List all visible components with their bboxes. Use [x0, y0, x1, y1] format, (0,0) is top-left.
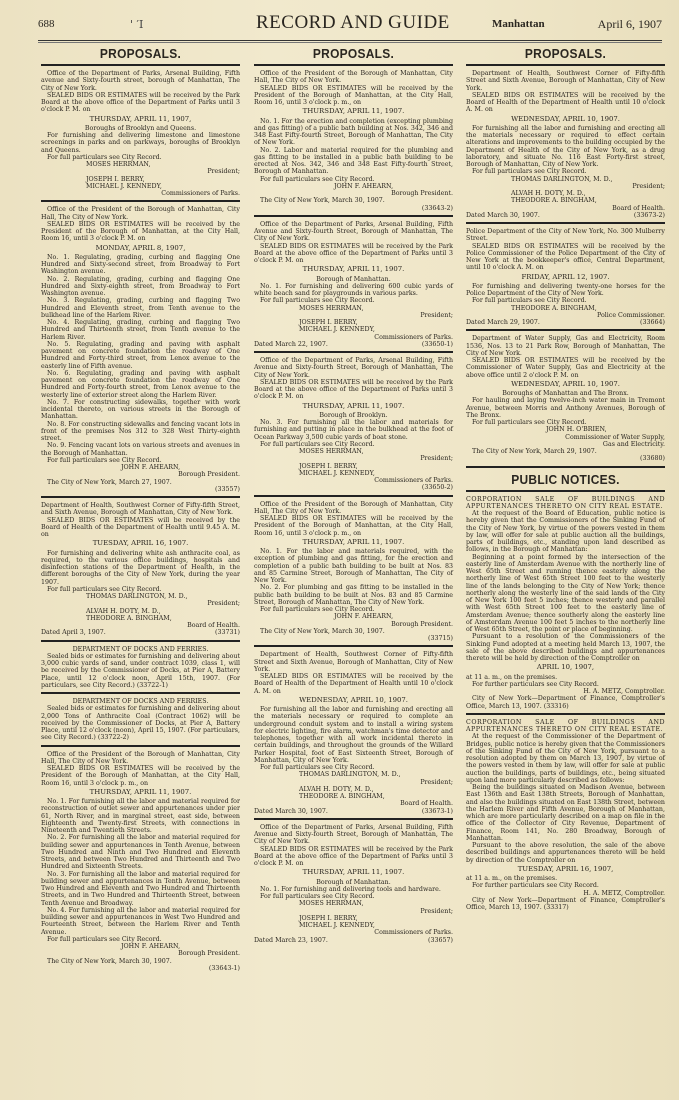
notice-line: SEALED BIDS OR ESTIMATES will be receive… [254, 846, 453, 868]
notice-line: Borough President. [254, 621, 453, 628]
notice-line: THURSDAY, APRIL 11, 1907. [254, 539, 453, 546]
notice-line: Dated March 30, 1907.(33673-1) [254, 808, 453, 815]
notice-line: Commissioner of Water Supply, [466, 434, 665, 441]
notice-line: For further particulars see City Record. [466, 882, 665, 889]
notice-line: JOSEPH I. BERRY, [254, 463, 453, 470]
notice-line: WEDNESDAY, APRIL 10, 1907. [466, 381, 665, 388]
notice-line: THOMAS DARLINGTON, M. D., [254, 771, 453, 778]
notice-line: The City of New York, March 27, 1907. [41, 479, 240, 486]
notice-line: Dated April 3, 1907.(33731) [41, 629, 240, 636]
column-1: PROPOSALS. Office of the Department of P… [41, 44, 240, 975]
notice-line: For full particulars see City Record. [254, 606, 453, 613]
section-heading-proposals: PROPOSALS. [474, 46, 657, 61]
notice-line: For furnishing and delivering white ash … [41, 550, 240, 586]
notice-line: THOMAS DARLINGTON, M. D., [41, 593, 240, 600]
notice-line: City of New York—Department of Finance, … [466, 695, 665, 710]
notice: Department of Health, Southwest Corner o… [466, 70, 665, 219]
notice-line: DEPARTMENT OF DOCKS AND FERRIES. [41, 698, 240, 705]
page-header: 688 ' ′I RECORD AND GUIDE Manhattan Apri… [38, 14, 662, 38]
notice-line: JOHN F. AHEARN, [254, 613, 453, 620]
notice-line: THURSDAY, APRIL 11, 1907. [41, 789, 240, 796]
publication-title: RECORD AND GUIDE [256, 12, 450, 34]
notice-list: Department of Health, Southwest Corner o… [466, 64, 665, 463]
notice-line: THURSDAY, APRIL 11, 1907. [254, 108, 453, 115]
notice-line: (33643-1) [41, 965, 240, 972]
notice: DEPARTMENT OF DOCKS AND FERRIES.Sealed b… [41, 646, 240, 690]
notice-line: For full particulars see City Record. [41, 586, 240, 593]
notice-line: No. 4. Regulating, grading, curbing and … [41, 319, 240, 341]
notice-line: For full particulars see City Record. [41, 154, 240, 161]
notice-line: (33680) [466, 455, 665, 462]
notice-line: MOSES HERRMAN, [254, 448, 453, 455]
notice-line: No. 2. For furnishing all the labor and … [41, 834, 240, 870]
notice-rule [41, 692, 240, 694]
margin-mark: ' ′I [130, 18, 143, 31]
notice-line: TUESDAY, APRIL 16, 1907, [466, 866, 665, 873]
notice-line: For furnishing all the labor and furnish… [254, 706, 453, 764]
notice-line: No. 1. For furnishing all the labor and … [41, 798, 240, 834]
notice-line: Office of the Department of Parks, Arsen… [254, 824, 453, 846]
notice-line: MICHAEL J. KENNEDY, [254, 470, 453, 477]
notice-line: For full particulars see City Record. [466, 419, 665, 426]
notice-line: at 11 a. m., on the premises. [466, 875, 665, 882]
notice-line: Department of Water Supply, Gas and Elec… [466, 335, 665, 357]
notice: Office of the Department of Parks, Arsen… [41, 70, 240, 197]
notice-line: (33557) [41, 486, 240, 493]
notice-line: Boroughs of Brooklyn and Queens. [41, 125, 240, 132]
notice-line: Board of Health. [254, 800, 453, 807]
notice-line: DEPARTMENT OF DOCKS AND FERRIES. [41, 646, 240, 653]
notice-line: No. 9. Fencing vacant lots on various st… [41, 442, 240, 457]
notice-line: The City of New York, March 30, 1907. [254, 628, 453, 635]
notice-line: THOMAS DARLINGTON, M. D., [466, 176, 665, 183]
notice-line: Office of the President of the Borough o… [41, 751, 240, 766]
notice-line: Commissioners of Parks. [254, 929, 453, 936]
notice-line: MICHAEL J. KENNEDY, [254, 922, 453, 929]
notice-line: No. 2. Labor and material required for t… [254, 147, 453, 176]
notice-line: Borough President. [41, 950, 240, 957]
notice: Office of the Department of Parks, Arsen… [254, 824, 453, 944]
notice-line: No. 8. For constructing sidewalks and fe… [41, 421, 240, 443]
newspaper-page: 688 ' ′I RECORD AND GUIDE Manhattan Apri… [0, 0, 679, 1100]
notice-line: No. 1. Regulating, grading, curbing and … [41, 254, 240, 276]
notice-line: For full particulars see City Record. [254, 893, 453, 900]
notice-line: Commissioners of Parks. [41, 190, 240, 197]
notice-line: Borough of Manhattan. [254, 879, 453, 886]
notice-rule [254, 645, 453, 647]
notice-line: THURSDAY, APRIL 11, 1907. [254, 403, 453, 410]
notice-line: Borough of Brooklyn. [254, 412, 453, 419]
notice-line: Dated March 22, 1907.(33650-1) [254, 341, 453, 348]
notice-line: At the request of the Commissioner of th… [466, 733, 665, 784]
notice-rule [466, 64, 665, 66]
notice-line: For furnishing all the labor and furnish… [466, 125, 665, 169]
notice-line: Pursuant to the above resolution, the sa… [466, 842, 665, 864]
notice: Police Department of the City of New Yor… [466, 228, 665, 326]
notice-line: WEDNESDAY, APRIL 10, 1907. [254, 697, 453, 704]
notice-line: No. 3. For furnishing all the labor and … [254, 419, 453, 441]
notice-line: No. 1. For furnishing and delivering 600… [254, 283, 453, 298]
notice-line: Boroughs of Manhattan and The Bronx. [466, 390, 665, 397]
notice-line: ALVAH H. DOTY, M. D., [41, 608, 240, 615]
notice-line: City of New York—Department of Finance, … [466, 897, 665, 912]
notice: Department of Health, Southwest Corner o… [41, 502, 240, 637]
notice-line: ALVAH H. DOTY, M. D., [254, 786, 453, 793]
notice-line: No. 1. For the labor and materials requi… [254, 548, 453, 584]
notice-rule [466, 222, 665, 224]
notice-line: THURSDAY, APRIL 11, 1907. [254, 266, 453, 273]
notice-line: SEALED BIDS OR ESTIMATES will be receive… [254, 515, 453, 537]
notice-line: APRIL 10, 1907, [466, 664, 665, 671]
notice-line: MOSES HERRMAN, [41, 161, 240, 168]
notice-rule [41, 745, 240, 747]
notice-rule [254, 215, 453, 217]
notice-line: SEALED BIDS OR ESTIMATES will be receive… [41, 765, 240, 787]
notice-line: JOSEPH I. BERRY, [254, 319, 453, 326]
notice: CORPORATION SALE OF BUILDINGS AND APPURT… [466, 719, 665, 912]
notice-line: No. 5. Regulating, grading and paving wi… [41, 341, 240, 370]
notice-line: SEALED BIDS OR ESTIMATES will be receive… [254, 243, 453, 265]
notice-line: SEALED BIDS OR ESTIMATES will be receive… [254, 673, 453, 695]
notice-line: SEALED BIDS OR ESTIMATES will be receive… [41, 221, 240, 243]
notice: Office of the Department of Parks, Arsen… [254, 221, 453, 348]
notice-line: H. A. METZ, Comptroller. [466, 688, 665, 695]
notice-line: Gas and Electricity. [466, 441, 665, 448]
notice-rule [466, 713, 665, 715]
notice-line: MONDAY, APRIL 8, 1907, [41, 245, 240, 252]
notice-rule [41, 200, 240, 202]
notice-line: President; [466, 183, 665, 190]
notice-line: MICHAEL J. KENNEDY, [254, 326, 453, 333]
notice-line: For full particulars see City Record. [254, 441, 453, 448]
notice: Office of the President of the Borough o… [41, 751, 240, 973]
notice-line: at 11 a. m., on the premises. [466, 674, 665, 681]
notice-line: Office of the President of the Borough o… [254, 70, 453, 85]
notice-line: For full particulars see City Record. [254, 176, 453, 183]
notice-line: Borough President. [254, 190, 453, 197]
notice-rule [41, 640, 240, 642]
notice-line: MOSES HERRMAN, [254, 900, 453, 907]
notice-line: President; [254, 779, 453, 786]
notice-line: Sealed bids or estimates for furnishing … [41, 705, 240, 741]
notice-line: THEODORE A. BINGHAM, [466, 305, 665, 312]
notice-line: Dated March 23, 1907.(33657) [254, 937, 453, 944]
notice-line: No. 6. Regulating, grading and paving wi… [41, 370, 240, 399]
notice-line: THURSDAY, APRIL 11, 1907. [254, 869, 453, 876]
notice-line: President; [41, 600, 240, 607]
notice-line: SEALED BIDS OR ESTIMATES will be receive… [41, 92, 240, 114]
notice-line: Police Department of the City of New Yor… [466, 228, 665, 243]
notice-line: TUESDAY, APRIL 16, 1907. [41, 540, 240, 547]
notice-line: MOSES HERRMAN, [254, 305, 453, 312]
notice-rule [254, 495, 453, 497]
notice-line: Pursuant to a resolution of the Commissi… [466, 633, 665, 662]
column-3: PROPOSALS. Department of Health, Southwe… [466, 44, 665, 914]
notice-line: Borough of Manhattan. [254, 276, 453, 283]
notice-line: Department of Health, Southwest Corner o… [254, 651, 453, 673]
notice-line: Being the buildings situated on Madison … [466, 784, 665, 842]
notice-line: The City of New York, March 29, 1907. [466, 448, 665, 455]
notice-line: Police Commissioner. [466, 312, 665, 319]
notice-line: Dated March 29, 1907.(33664) [466, 319, 665, 326]
notice-line: The City of New York, March 30, 1907. [41, 958, 240, 965]
notice-line: Commissioners of Parks. [254, 334, 453, 341]
notice-line: No. 4. For furnishing all the labor and … [41, 907, 240, 936]
notice-line: Department of Health, Southwest Corner o… [41, 502, 240, 517]
notice-line: No. 1. For furnishing and delivering too… [254, 886, 453, 893]
notice-line: THEODORE A. BINGHAM, [254, 793, 453, 800]
notice-line: (33643-2) [254, 205, 453, 212]
notice-line: For full particulars see City Record. [254, 764, 453, 771]
notice-line: Office of the Department of Parks, Arsen… [254, 357, 453, 379]
column-2: PROPOSALS. Office of the President of th… [254, 44, 453, 947]
notice-rule [466, 329, 665, 331]
notice-line: President; [254, 455, 453, 462]
notice-line: CORPORATION SALE OF BUILDINGS AND APPURT… [466, 719, 665, 734]
notice-line: The City of New York, March 30, 1907. [254, 197, 453, 204]
notice-line: Borough President. [41, 471, 240, 478]
page-number: 688 [38, 18, 55, 30]
notice-list: CORPORATION SALE OF BUILDINGS AND APPURT… [466, 490, 665, 912]
notice-line: President; [254, 908, 453, 915]
notice-line: Dated March 30, 1907.(33673-2) [466, 212, 665, 219]
notice-line: Office of the President of the Borough o… [41, 206, 240, 221]
section-heading-public-notices: PUBLIC NOTICES. [474, 472, 657, 487]
notice-line: Office of the Department of Parks, Arsen… [254, 221, 453, 243]
notice-rule [254, 64, 453, 66]
notice-line: SEALED BIDS OR ESTIMATES will be receive… [254, 85, 453, 107]
notice-line: SEALED BIDS OR ESTIMATES will be receive… [254, 379, 453, 401]
section-heading-proposals: PROPOSALS. [262, 46, 445, 61]
notice-line: (33650-2) [254, 484, 453, 491]
notice-line: President; [41, 168, 240, 175]
notice-line: Sealed bids or estimates for furnishing … [41, 653, 240, 689]
notice-line: For full particulars see City Record. [41, 457, 240, 464]
notice: Office of the President of the Borough o… [254, 501, 453, 643]
notice: DEPARTMENT OF DOCKS AND FERRIES.Sealed b… [41, 698, 240, 742]
notice-line: At the request of the Board of Education… [466, 510, 665, 554]
notice-line: JOHN H. O'BRIEN, [466, 426, 665, 433]
notice: Department of Health, Southwest Corner o… [254, 651, 453, 815]
notice-line: JOSEPH I. BERRY, [254, 915, 453, 922]
notice-line: THURSDAY, APRIL 11, 1907, [41, 116, 240, 123]
section-rule [466, 466, 665, 468]
notice-list: Office of the President of the Borough o… [254, 64, 453, 944]
notice-line: No. 3. Regulating, grading, curbing and … [41, 297, 240, 319]
notice: Office of the President of the Borough o… [254, 70, 453, 212]
notice-line: (33715) [254, 635, 453, 642]
issue-date: April 6, 1907 [598, 17, 662, 32]
notice-line: President; [254, 312, 453, 319]
notice-line: JOSEPH I. BERRY, [41, 176, 240, 183]
notice-line: SEALED BIDS OR ESTIMATES will be receive… [466, 92, 665, 114]
notice-rule [254, 818, 453, 820]
notice-line: No. 3. For furnishing all the labor and … [41, 871, 240, 907]
notice-line: SEALED BIDS OR ESTIMATES will be receive… [466, 243, 665, 272]
notice-line: THEODORE A. BINGHAM, [466, 197, 665, 204]
notice-line: For full particulars see City Record. [254, 297, 453, 304]
notice-line: CORPORATION SALE OF BUILDINGS AND APPURT… [466, 496, 665, 511]
notice-line: ALVAH H. DOTY, M. D., [466, 190, 665, 197]
notice-line: For full particulars see City Record. [466, 297, 665, 304]
notice-rule [41, 64, 240, 66]
notice-line: Board of Health. [466, 205, 665, 212]
notice-line: H. A. METZ, Comptroller. [466, 890, 665, 897]
notice-list: Office of the Department of Parks, Arsen… [41, 64, 240, 972]
notice-line: JOHN F. AHEARN, [41, 464, 240, 471]
notice-line: Board of Health. [41, 622, 240, 629]
notice: Office of the Department of Parks, Arsen… [254, 357, 453, 492]
notice-rule [41, 496, 240, 498]
notice: Office of the President of the Borough o… [41, 206, 240, 493]
notice-line: SEALED BIDS OR ESTIMATES will be receive… [41, 517, 240, 539]
notice: CORPORATION SALE OF BUILDINGS AND APPURT… [466, 496, 665, 710]
notice-line: No. 7. For constructing sidewalks, toget… [41, 399, 240, 421]
notice-line: For full particulars see City Record. [466, 168, 665, 175]
notice-line: Department of Health, Southwest Corner o… [466, 70, 665, 92]
notice-line: THEODORE A. BINGHAM, [41, 615, 240, 622]
notice-line: MICHAEL J. KENNEDY, [41, 183, 240, 190]
notice-line: Beginning at a point formed by the inter… [466, 554, 665, 634]
notice-line: For full particulars see City Record. [41, 936, 240, 943]
notice-line: SEALED BIDS OR ESTIMATES will be receive… [466, 357, 665, 379]
notice-line: For hauling and laying twelve-inch water… [466, 397, 665, 419]
section-heading-proposals: PROPOSALS. [49, 46, 232, 61]
borough-label: Manhattan [492, 18, 545, 30]
notice-line: No. 1. For the erection and completion (… [254, 118, 453, 147]
notice-line: For furnishing and delivering limestone … [41, 132, 240, 154]
header-rule [38, 40, 662, 43]
notice-line: FRIDAY, APRIL 12, 1907. [466, 274, 665, 281]
notice-line: JOHN F. AHEARN, [41, 943, 240, 950]
notice-line: No. 2. For plumbing and gas fitting to b… [254, 584, 453, 606]
notice-line: JOHN F. AHEARN, [254, 183, 453, 190]
notice: Department of Water Supply, Gas and Elec… [466, 335, 665, 462]
notice-rule [466, 490, 665, 492]
notice-line: Office of the President of the Borough o… [254, 501, 453, 516]
notice-line: Commissioners of Parks. [254, 477, 453, 484]
notice-line: For furnishing and delivering twenty-one… [466, 283, 665, 298]
notice-line: No. 2. Regulating, grading, curbing and … [41, 276, 240, 298]
notice-line: WEDNESDAY, APRIL 10, 1907. [466, 116, 665, 123]
notice-line: For further particulars see City Record. [466, 681, 665, 688]
notice-rule [254, 351, 453, 353]
notice-line: Office of the Department of Parks, Arsen… [41, 70, 240, 92]
